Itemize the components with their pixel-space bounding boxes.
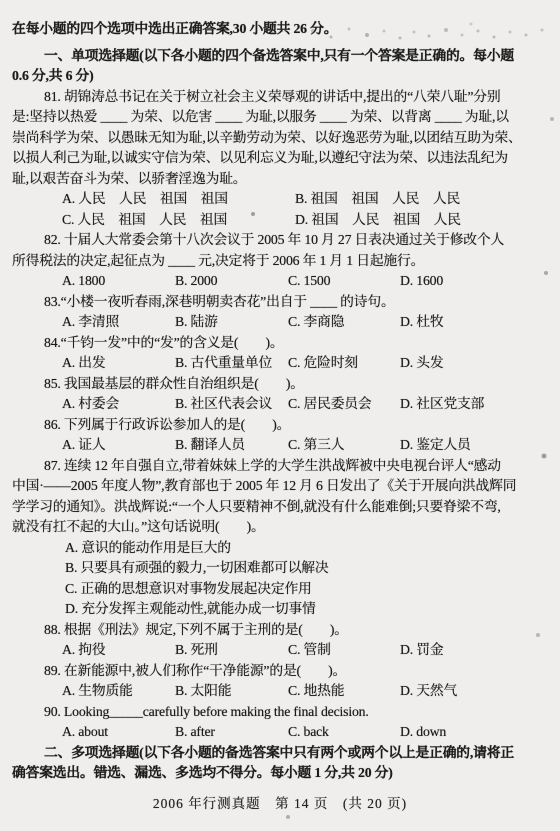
q81-options-row2: C. 人民 祖国 人民 祖国 D. 祖国 人民 祖国 人民 bbox=[12, 210, 548, 231]
q90-text-line1: 90. Looking_____carefully before making … bbox=[12, 702, 548, 723]
q86-option-d: D. 鉴定人员 bbox=[400, 435, 548, 456]
q87-option-a: A. 意识的能动作用是巨大的 bbox=[12, 538, 548, 559]
q90-option-b: B. after bbox=[175, 722, 288, 743]
q84-option-a: A. 出发 bbox=[62, 353, 175, 374]
q87-text-line4: 就没有扛不起的大山。”这句话说明( )。 bbox=[12, 517, 548, 538]
q83-option-b: B. 陆游 bbox=[175, 312, 288, 333]
q88-text-line1: 88. 根据《刑法》规定,下列不属于主刑的是( )。 bbox=[12, 620, 548, 641]
q81-text-line2: 是:坚持以热爱 ____ 为荣、以危害 ____ 为耻,以服务 ____ 为荣、… bbox=[12, 107, 548, 128]
q88-options: A. 拘役 B. 死刑 C. 管制 D. 罚金 bbox=[12, 640, 548, 661]
q89-option-c: C. 地热能 bbox=[288, 681, 400, 702]
q83-option-c: C. 李商隐 bbox=[288, 312, 400, 333]
q86-options: A. 证人 B. 翻译人员 C. 第三人 D. 鉴定人员 bbox=[12, 435, 548, 456]
instruction-line: 在每小题的四个选项中选出正确答案,30 小题共 26 分。 bbox=[12, 19, 548, 40]
q88-option-d: D. 罚金 bbox=[400, 640, 548, 661]
q81-text-line4: 以损人利己为耻,以诚实守信为荣、以见利忘义为耻,以遵纪守法为荣、以违法乱纪为 bbox=[12, 148, 548, 169]
section2-title-line1: 二、多项选择题(以下各小题的备选答案中只有两个或两个以上是正确的,请将正 bbox=[12, 743, 548, 764]
scanned-exam-page: 在每小题的四个选项中选出正确答案,30 小题共 26 分。 一、单项选择题(以下… bbox=[0, 0, 560, 831]
q86-option-a: A. 证人 bbox=[62, 435, 175, 456]
q81-option-c: C. 人民 祖国 人民 祖国 bbox=[62, 210, 295, 231]
q81-option-b: B. 祖国 祖国 人民 人民 bbox=[295, 189, 548, 210]
q87-text-line3: 学学习的通知》。洪战辉说:“一个人只要精神不倒,就没有什么能难倒;只要脊梁不弯, bbox=[12, 497, 548, 518]
q87-text-line1: 87. 连续 12 年自强自立,带着妹妹上学的大学生洪战辉被中央电视台评人“感动 bbox=[12, 456, 548, 477]
q86-text-line1: 86. 下列属于行政诉讼参加人的是( )。 bbox=[12, 415, 548, 436]
q81-option-d: D. 祖国 人民 祖国 人民 bbox=[295, 210, 548, 231]
q87-text-line2: 中国·——2005 年度人物”,教育部也于 2005 年 12 月 6 日发出了… bbox=[12, 476, 548, 497]
q89-text-line1: 89. 在新能源中,被人们称作“干净能源”的是( )。 bbox=[12, 661, 548, 682]
q89-options: A. 生物质能 B. 太阳能 C. 地热能 D. 天然气 bbox=[12, 681, 548, 702]
q85-option-d: D. 社区党支部 bbox=[400, 394, 548, 415]
q87-option-d: D. 充分发挥主观能动性,就能办成一切事情 bbox=[12, 599, 548, 620]
q82-options: A. 1800 B. 2000 C. 1500 D. 1600 bbox=[12, 271, 548, 292]
q85-option-a: A. 村委会 bbox=[62, 394, 175, 415]
q84-option-c: C. 危险时刻 bbox=[288, 353, 400, 374]
q88-option-a: A. 拘役 bbox=[62, 640, 175, 661]
q83-option-d: D. 杜牧 bbox=[400, 312, 548, 333]
scan-noise bbox=[0, 0, 2, 2]
section2-title-line2: 确答案选出。错选、漏选、多选均不得分。每小题 1 分,共 20 分) bbox=[12, 763, 548, 784]
q83-options: A. 李清照 B. 陆游 C. 李商隐 D. 杜牧 bbox=[12, 312, 548, 333]
q82-option-c: C. 1500 bbox=[288, 271, 400, 292]
q87-option-b: B. 只要具有顽强的毅力,一切困难都可以解决 bbox=[12, 558, 548, 579]
exam-body: 在每小题的四个选项中选出正确答案,30 小题共 26 分。 一、单项选择题(以下… bbox=[12, 19, 548, 784]
q89-option-a: A. 生物质能 bbox=[62, 681, 175, 702]
q84-text-line1: 84.“千钧一发”中的“发”的含义是( )。 bbox=[12, 333, 548, 354]
q82-text-line2: 所得税法的决定,起征点为 ____ 元,决定将于 2006 年 1 月 1 日起… bbox=[12, 251, 548, 272]
q90-option-a: A. about bbox=[62, 722, 175, 743]
q82-option-d: D. 1600 bbox=[400, 271, 548, 292]
q86-option-b: B. 翻译人员 bbox=[175, 435, 288, 456]
q88-option-c: C. 管制 bbox=[288, 640, 400, 661]
q87-option-c: C. 正确的思想意识对事物发展起决定作用 bbox=[12, 579, 548, 600]
q83-text-line1: 83.“小楼一夜听春雨,深巷明朝卖杏花”出自于 ____ 的诗句。 bbox=[12, 292, 548, 313]
q89-option-d: D. 天然气 bbox=[400, 681, 548, 702]
q81-text-line1: 81. 胡锦涛总书记在关于树立社会主义荣辱观的讲话中,提出的“八荣八耻”分别 bbox=[12, 87, 548, 108]
q85-text-line1: 85. 我国最基层的群众性自治组织是( )。 bbox=[12, 374, 548, 395]
q85-option-b: B. 社区代表会议 bbox=[175, 394, 288, 415]
q81-options-row1: A. 人民 人民 祖国 祖国 B. 祖国 祖国 人民 人民 bbox=[12, 189, 548, 210]
q82-option-a: A. 1800 bbox=[62, 271, 175, 292]
q82-option-b: B. 2000 bbox=[175, 271, 288, 292]
q81-text-line3: 崇尚科学为荣、以愚昧无知为耻,以辛勤劳动为荣、以好逸恶劳为耻,以团结互助为荣、 bbox=[12, 128, 548, 149]
q84-option-b: B. 古代重量单位 bbox=[175, 353, 288, 374]
q88-option-b: B. 死刑 bbox=[175, 640, 288, 661]
section1-title-line1: 一、单项选择题(以下各小题的四个备选答案中,只有一个答案是正确的。每小题 bbox=[12, 46, 548, 67]
q81-option-a: A. 人民 人民 祖国 祖国 bbox=[62, 189, 295, 210]
q89-option-b: B. 太阳能 bbox=[175, 681, 288, 702]
q90-options: A. about B. after C. back D. down bbox=[12, 722, 548, 743]
q90-option-c: C. back bbox=[288, 722, 400, 743]
q85-options: A. 村委会 B. 社区代表会议 C. 居民委员会 D. 社区党支部 bbox=[12, 394, 548, 415]
q90-option-d: D. down bbox=[400, 722, 548, 743]
q85-option-c: C. 居民委员会 bbox=[288, 394, 400, 415]
q83-option-a: A. 李清照 bbox=[62, 312, 175, 333]
q81-text-line5: 耻,以艰苦奋斗为荣、以骄奢淫逸为耻。 bbox=[12, 169, 548, 190]
page-footer: 2006 年行测真题 第 14 页 (共 20 页) bbox=[0, 792, 560, 812]
q82-text-line1: 82. 十届人大常委会第十八次会议于 2005 年 10 月 27 日表决通过关… bbox=[12, 230, 548, 251]
q86-option-c: C. 第三人 bbox=[288, 435, 400, 456]
section1-title-line2: 0.6 分,共 6 分) bbox=[12, 66, 548, 87]
q84-option-d: D. 头发 bbox=[400, 353, 548, 374]
q84-options: A. 出发 B. 古代重量单位 C. 危险时刻 D. 头发 bbox=[12, 353, 548, 374]
